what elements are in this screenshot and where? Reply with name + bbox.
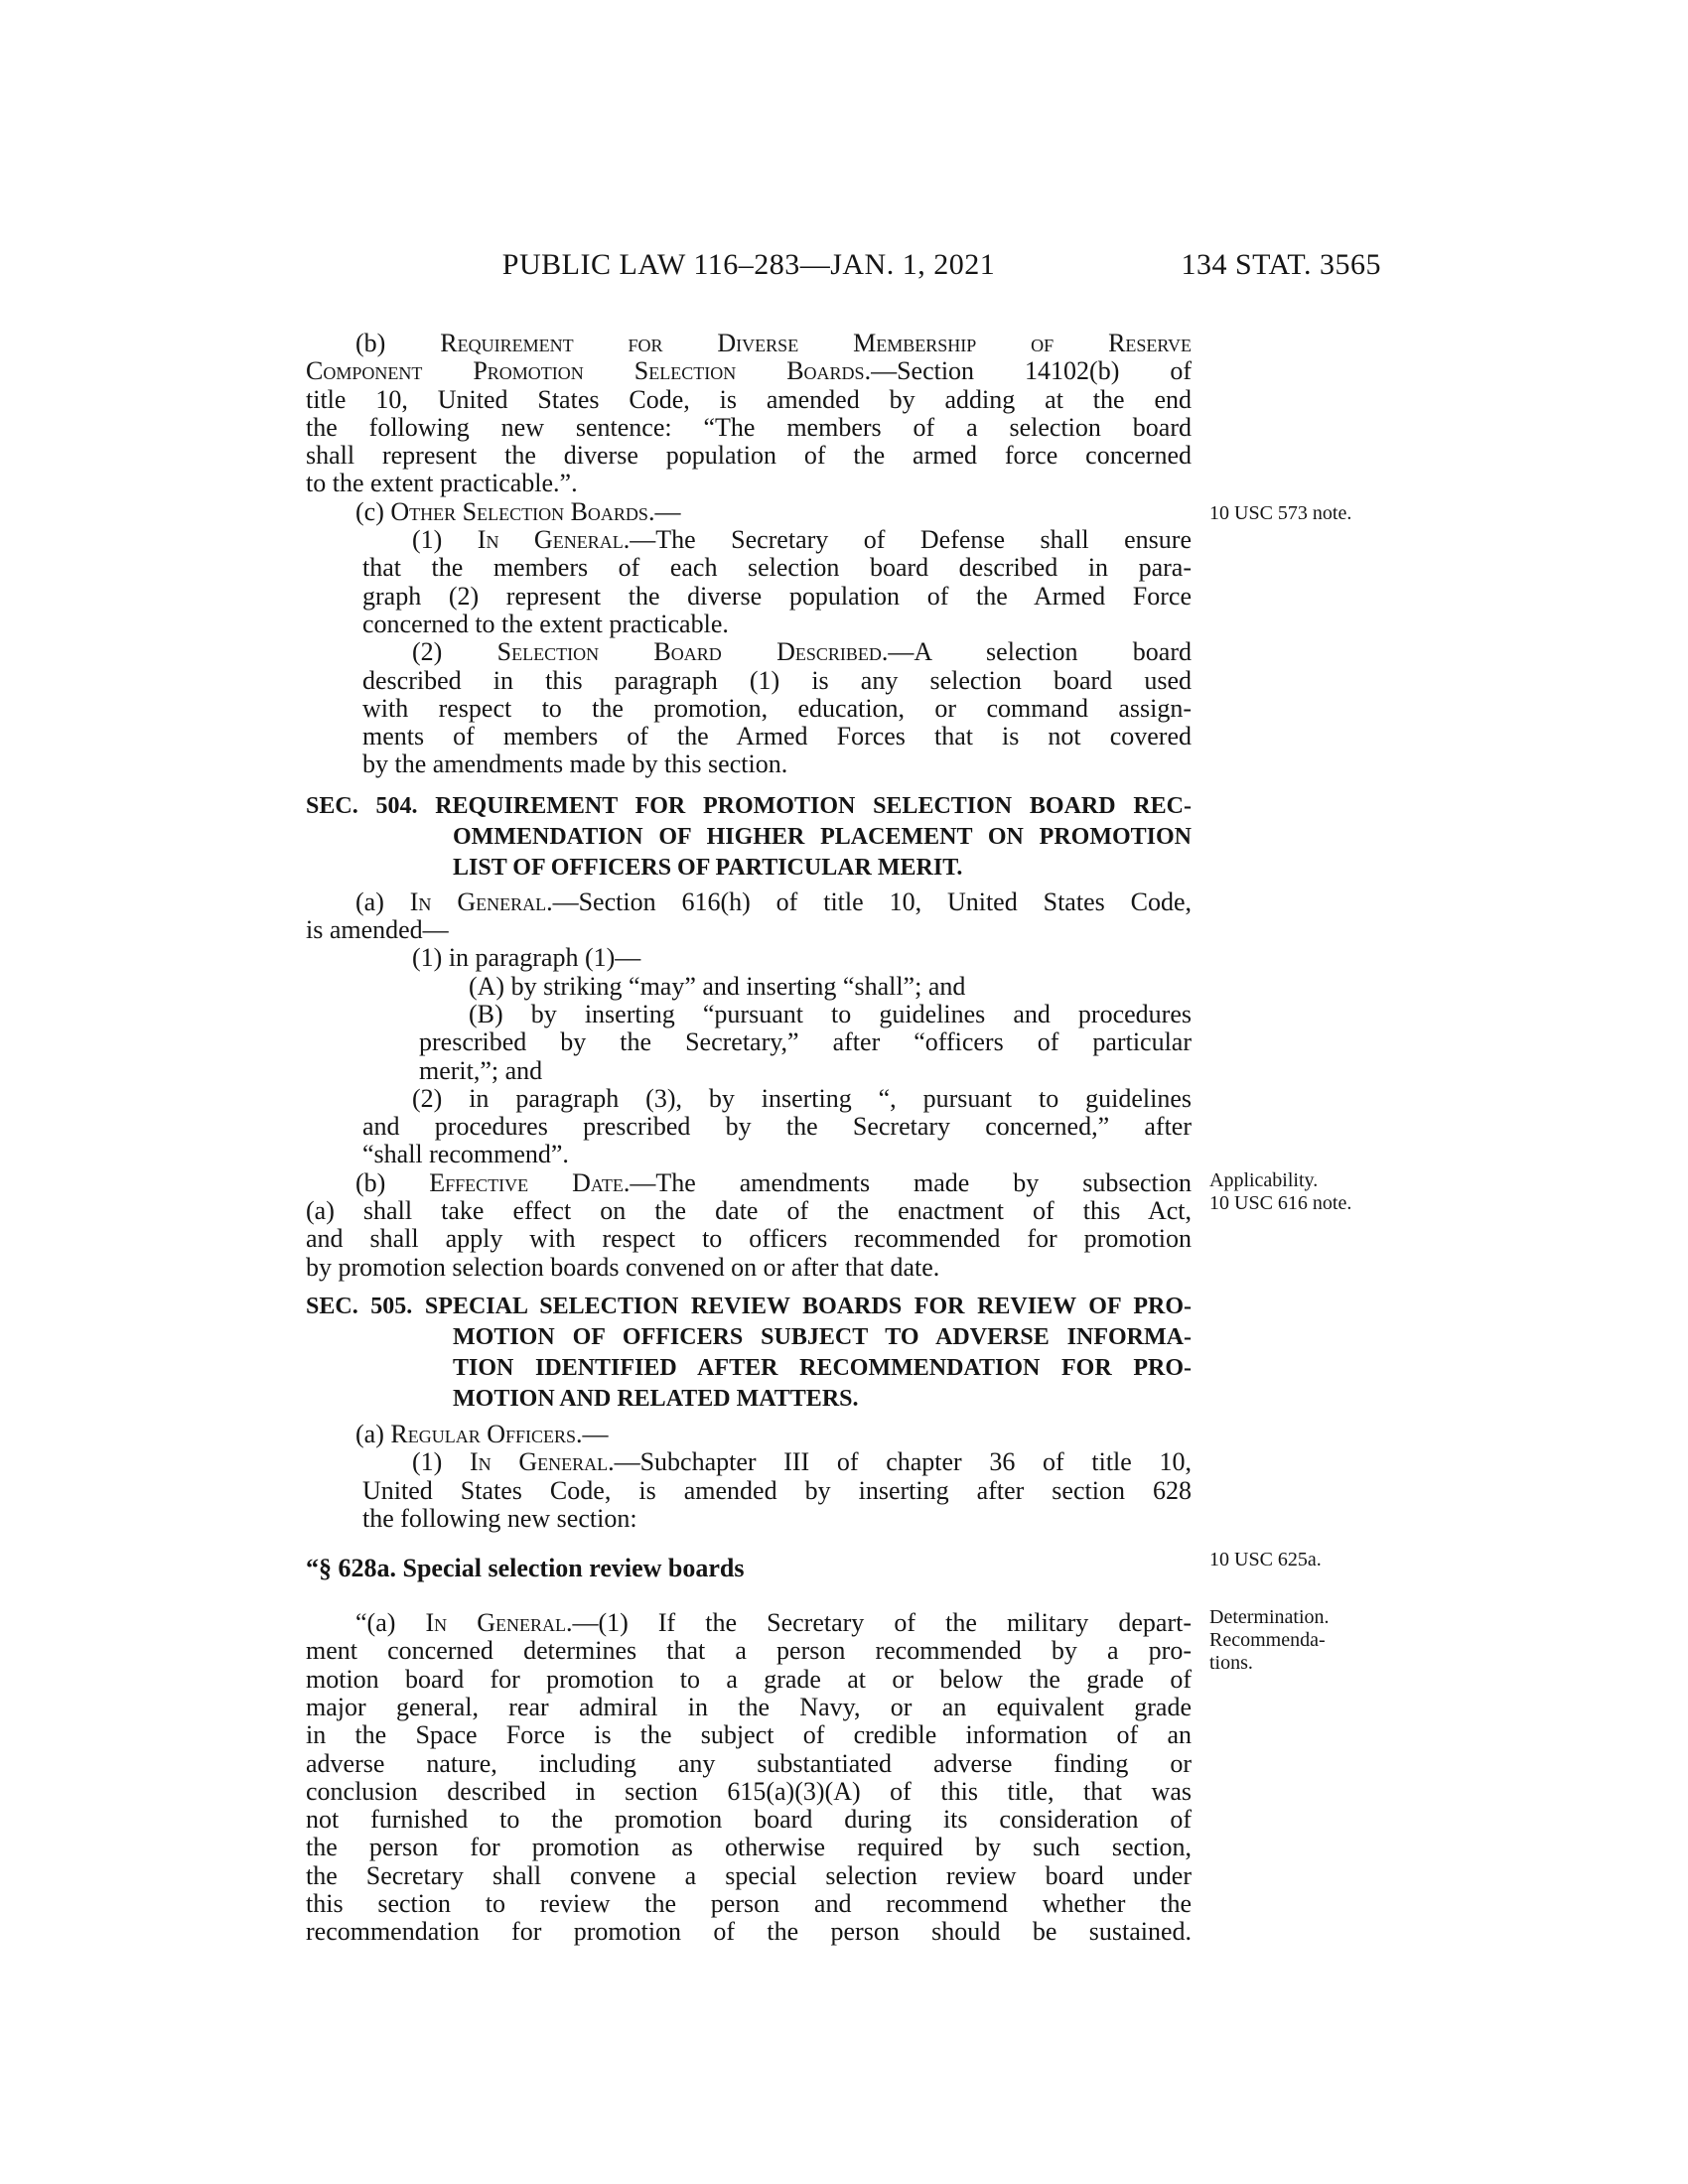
text-line: MOTION OF OFFICERS SUBJECT TO ADVERSE IN…: [306, 1322, 1192, 1353]
text-line: SEC. 504. REQUIREMENT FOR PROMOTION SELE…: [306, 791, 1192, 822]
text-run: TION IDENTIFIED AFTER RECOMMENDATION FOR…: [453, 1355, 1192, 1381]
text-run: with respect to the promotion, education…: [362, 694, 1192, 723]
text-line: by promotion selection boards convened o…: [306, 1254, 1192, 1282]
text-run: concerned to the extent practicable.: [362, 610, 729, 638]
text-run: by the amendments made by this section.: [362, 750, 787, 778]
small-caps-run: Other Selection Boards: [390, 497, 648, 526]
text-run: (1) in paragraph (1)—: [412, 943, 640, 972]
small-caps-run: In General: [425, 1608, 566, 1637]
text-line: recommendation for promotion of the pers…: [306, 1918, 1192, 1946]
section-heading: SEC. 505. SPECIAL SELECTION REVIEW BOARD…: [306, 1292, 1192, 1415]
text-line: the following new section:: [306, 1505, 1192, 1533]
paragraph: (1) in paragraph (1)—: [306, 944, 1192, 972]
text-run: ment concerned determines that a person …: [306, 1636, 1192, 1665]
text-run: .—Subchapter III of chapter 36 of title …: [608, 1447, 1192, 1476]
text-run: (a) shall take effect on the date of the…: [306, 1196, 1192, 1225]
text-run: “(a): [355, 1608, 425, 1637]
text-run: this section to review the person and re…: [306, 1889, 1192, 1918]
text-run: is amended—: [306, 915, 449, 944]
text-line: Component Promotion Selection Boards.—Se…: [306, 357, 1192, 385]
text-line: shall represent the diverse population o…: [306, 442, 1192, 470]
text-line: adverse nature, including any substantia…: [306, 1750, 1192, 1778]
text-run: (b): [355, 1168, 429, 1197]
text-line: major general, rear admiral in the Navy,…: [306, 1694, 1192, 1721]
text-run: SEC. 504. REQUIREMENT FOR PROMOTION SELE…: [306, 793, 1192, 819]
margin-note-line: Determination.: [1209, 1606, 1537, 1629]
margin-note: 10 USC 625a.: [1209, 1549, 1537, 1571]
text-line: motion board for promotion to a grade at…: [306, 1666, 1192, 1694]
text-line: (1) In General.—Subchapter III of chapte…: [306, 1448, 1192, 1476]
text-run: graph (2) represent the diverse populati…: [362, 582, 1192, 611]
small-caps-run: In General: [410, 887, 546, 916]
text-line: “(a) In General.—(1) If the Secretary of…: [306, 1609, 1192, 1637]
text-line: (b) Effective Date.—The amendments made …: [306, 1169, 1192, 1197]
text-run: OMMENDATION OF HIGHER PLACEMENT ON PROMO…: [453, 824, 1192, 850]
text-run: the Secretary shall convene a special se…: [306, 1861, 1192, 1890]
text-line: (a) Regular Officers.—: [306, 1421, 1192, 1448]
text-line: the Secretary shall convene a special se…: [306, 1862, 1192, 1890]
text-run: .—The Secretary of Defense shall ensure: [624, 525, 1192, 554]
text-line: to the extent practicable.”.: [306, 470, 1192, 497]
margin-note: 10 USC 573 note.: [1209, 502, 1537, 525]
margin-note: Applicability.10 USC 616 note.: [1209, 1169, 1537, 1215]
text-line: (a) shall take effect on the date of the…: [306, 1197, 1192, 1225]
paragraph: “(a) In General.—(1) If the Secretary of…: [306, 1609, 1192, 1947]
text-run: .—Section 616(h) of title 10, United Sta…: [546, 887, 1192, 916]
margin-note-line: 10 USC 573 note.: [1209, 502, 1537, 525]
text-run: described in this paragraph (1) is any s…: [362, 666, 1192, 695]
paragraph: (c) Other Selection Boards.—: [306, 498, 1192, 526]
text-run: .—A selection board: [882, 637, 1192, 666]
text-run: .—: [576, 1420, 609, 1448]
text-run: (2) in paragraph (3), by inserting “, pu…: [412, 1084, 1192, 1113]
section-heading: SEC. 504. REQUIREMENT FOR PROMOTION SELE…: [306, 791, 1192, 884]
paragraph: (1) In General.—The Secretary of Defense…: [306, 526, 1192, 638]
small-caps-run: Requirement for Diverse Membership of Re…: [440, 329, 1192, 357]
small-caps-run: Component Promotion Selection Boards: [306, 356, 865, 385]
text-run: by promotion selection boards convened o…: [306, 1253, 939, 1282]
small-caps-run: Regular Officers: [390, 1420, 576, 1448]
small-caps-run: In General: [470, 1447, 608, 1476]
text-run: and procedures prescribed by the Secreta…: [362, 1112, 1192, 1141]
text-line: this section to review the person and re…: [306, 1890, 1192, 1918]
text-run: (c): [355, 497, 390, 526]
text-line: merit,”; and: [306, 1057, 1192, 1085]
text-run: (b): [355, 329, 440, 357]
text-run: (a): [355, 887, 410, 916]
text-line: ments of members of the Armed Forces tha…: [306, 723, 1192, 751]
text-run: title 10, United States Code, is amended…: [306, 385, 1192, 414]
text-run: prescribed by the Secretary,” after “off…: [419, 1027, 1192, 1056]
text-run: (2): [412, 637, 497, 666]
margin-note-line: Applicability.: [1209, 1169, 1537, 1192]
page-header-title: PUBLIC LAW 116–283—JAN. 1, 2021: [306, 248, 1192, 282]
text-line: title 10, United States Code, is amended…: [306, 386, 1192, 414]
uscode-section-heading: “§ 628a. Special selection review boards: [306, 1553, 1192, 1583]
paragraph: (A) by striking “may” and inserting “sha…: [306, 973, 1192, 1001]
text-run: SEC. 505. SPECIAL SELECTION REVIEW BOARD…: [306, 1294, 1192, 1319]
text-run: the following new section:: [362, 1504, 637, 1533]
page-header-stat-number: 134 STAT. 3565: [1181, 248, 1381, 282]
text-line: SEC. 505. SPECIAL SELECTION REVIEW BOARD…: [306, 1292, 1192, 1322]
text-run: “shall recommend”.: [362, 1140, 569, 1168]
text-run: “§ 628a. Special selection review boards: [306, 1554, 744, 1582]
text-line: graph (2) represent the diverse populati…: [306, 583, 1192, 611]
text-run: in the Space Force is the subject of cre…: [306, 1720, 1192, 1749]
text-line: the following new sentence: “The members…: [306, 414, 1192, 442]
text-line: described in this paragraph (1) is any s…: [306, 667, 1192, 695]
margin-note: Determination.Recommenda-tions.: [1209, 1606, 1537, 1675]
text-line: that the members of each selection board…: [306, 554, 1192, 582]
text-line: “§ 628a. Special selection review boards: [306, 1553, 1192, 1583]
text-run: merit,”; and: [419, 1056, 542, 1085]
text-run: motion board for promotion to a grade at…: [306, 1665, 1192, 1694]
text-line: (2) in paragraph (3), by inserting “, pu…: [306, 1085, 1192, 1113]
paragraph: (a) Regular Officers.—: [306, 1421, 1192, 1448]
margin-note-line: tions.: [1209, 1652, 1537, 1675]
text-run: MOTION AND RELATED MATTERS.: [453, 1386, 859, 1412]
paragraph: (b) Requirement for Diverse Membership o…: [306, 330, 1192, 498]
text-run: .—The amendments made by subsection: [624, 1168, 1192, 1197]
text-line: OMMENDATION OF HIGHER PLACEMENT ON PROMO…: [306, 822, 1192, 853]
text-run: .—(1) If the Secretary of the military d…: [566, 1608, 1192, 1637]
text-line: “shall recommend”.: [306, 1141, 1192, 1168]
text-run: LIST OF OFFICERS OF PARTICULAR MERIT.: [453, 855, 962, 881]
text-run: .—: [648, 497, 681, 526]
text-run: conclusion described in section 615(a)(3…: [306, 1777, 1192, 1806]
text-run: (1): [412, 525, 478, 554]
text-line: and procedures prescribed by the Secreta…: [306, 1113, 1192, 1141]
text-run: the person for promotion as otherwise re…: [306, 1833, 1192, 1861]
small-caps-run: In General: [478, 525, 624, 554]
text-line: the person for promotion as otherwise re…: [306, 1834, 1192, 1861]
margin-note-line: 10 USC 625a.: [1209, 1549, 1537, 1571]
text-line: (1) in paragraph (1)—: [306, 944, 1192, 972]
text-line: (b) Requirement for Diverse Membership o…: [306, 330, 1192, 357]
text-run: shall represent the diverse population o…: [306, 441, 1192, 470]
text-line: (c) Other Selection Boards.—: [306, 498, 1192, 526]
text-line: and shall apply with respect to officers…: [306, 1225, 1192, 1253]
text-run: to the extent practicable.”.: [306, 469, 578, 497]
text-run: the following new sentence: “The members…: [306, 413, 1192, 442]
text-line: is amended—: [306, 916, 1192, 944]
text-line: (a) In General.—Section 616(h) of title …: [306, 888, 1192, 916]
small-caps-run: Effective Date: [429, 1168, 624, 1197]
text-run: ments of members of the Armed Forces tha…: [362, 722, 1192, 751]
text-run: (1): [412, 1447, 470, 1476]
margin-note-line: 10 USC 616 note.: [1209, 1192, 1537, 1215]
paragraph: (B) by inserting “pursuant to guidelines…: [306, 1001, 1192, 1085]
text-run: (a): [355, 1420, 390, 1448]
text-line: ment concerned determines that a person …: [306, 1637, 1192, 1665]
text-line: TION IDENTIFIED AFTER RECOMMENDATION FOR…: [306, 1353, 1192, 1384]
paragraph: (a) In General.—Section 616(h) of title …: [306, 888, 1192, 945]
text-line: not furnished to the promotion board dur…: [306, 1806, 1192, 1834]
text-run: (B) by inserting “pursuant to guidelines…: [469, 1000, 1192, 1028]
text-line: United States Code, is amended by insert…: [306, 1477, 1192, 1505]
text-line: in the Space Force is the subject of cre…: [306, 1721, 1192, 1749]
text-run: major general, rear admiral in the Navy,…: [306, 1693, 1192, 1721]
margin-note-line: Recommenda-: [1209, 1629, 1537, 1652]
text-line: with respect to the promotion, education…: [306, 695, 1192, 723]
text-line: prescribed by the Secretary,” after “off…: [306, 1028, 1192, 1056]
body-column: (b) Requirement for Diverse Membership o…: [306, 330, 1192, 1947]
paragraph: (1) In General.—Subchapter III of chapte…: [306, 1448, 1192, 1533]
small-caps-run: Selection Board Described: [497, 637, 882, 666]
text-line: by the amendments made by this section.: [306, 751, 1192, 778]
text-run: and shall apply with respect to officers…: [306, 1224, 1192, 1253]
paragraph: (2) Selection Board Described.—A selecti…: [306, 638, 1192, 778]
text-run: United States Code, is amended by insert…: [362, 1476, 1192, 1505]
paragraph: (b) Effective Date.—The amendments made …: [306, 1169, 1192, 1282]
text-line: (1) In General.—The Secretary of Defense…: [306, 526, 1192, 554]
text-run: recommendation for promotion of the pers…: [306, 1917, 1192, 1946]
statute-page: PUBLIC LAW 116–283—JAN. 1, 2021 134 STAT…: [0, 0, 1688, 2184]
text-run: MOTION OF OFFICERS SUBJECT TO ADVERSE IN…: [453, 1324, 1192, 1350]
text-run: adverse nature, including any substantia…: [306, 1749, 1192, 1778]
text-run: (A) by striking “may” and inserting “sha…: [469, 972, 965, 1001]
text-line: (A) by striking “may” and inserting “sha…: [306, 973, 1192, 1001]
text-line: LIST OF OFFICERS OF PARTICULAR MERIT.: [306, 853, 1192, 884]
text-run: .—Section 14102(b) of: [865, 356, 1192, 385]
text-line: (2) Selection Board Described.—A selecti…: [306, 638, 1192, 666]
text-run: that the members of each selection board…: [362, 553, 1192, 582]
text-run: not furnished to the promotion board dur…: [306, 1805, 1192, 1834]
paragraph: (2) in paragraph (3), by inserting “, pu…: [306, 1085, 1192, 1169]
text-line: conclusion described in section 615(a)(3…: [306, 1778, 1192, 1806]
text-line: (B) by inserting “pursuant to guidelines…: [306, 1001, 1192, 1028]
text-line: concerned to the extent practicable.: [306, 611, 1192, 638]
text-line: MOTION AND RELATED MATTERS.: [306, 1384, 1192, 1415]
